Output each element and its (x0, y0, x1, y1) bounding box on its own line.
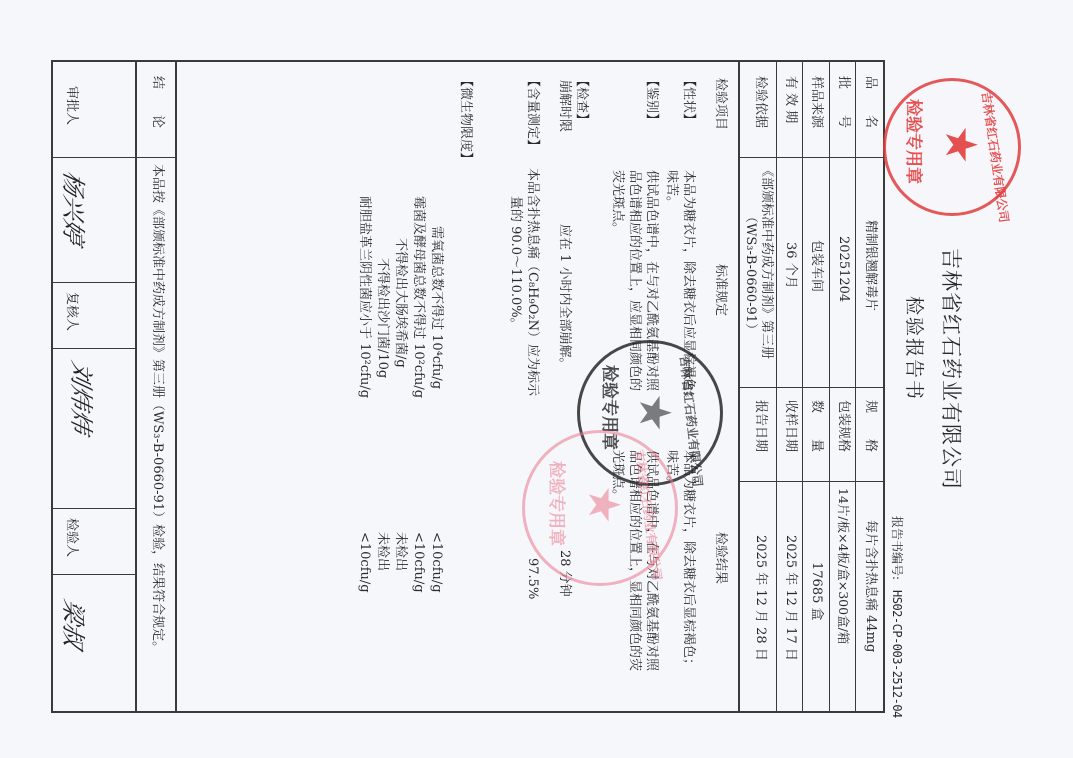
basis-line-2: （WS₃-B-0660-91） (742, 210, 758, 336)
source-label: 样品来源 (808, 76, 824, 128)
identification-result-3: 光斑点。 (609, 450, 625, 502)
approver-signature: 杨兴婷 (58, 168, 93, 247)
column-header-standard: 标准规定 (712, 264, 728, 316)
microbial-result: <10cfu/g (410, 532, 426, 593)
star-icon: ★ (938, 125, 982, 164)
microbial-result: <10cfu/g (428, 532, 444, 593)
inspection-report-page: 吉林省红石药业有限公司 检验报告书 报告书编号: HS02-CP-003-251… (0, 0, 1073, 758)
column-header-item: 检验项目 (712, 78, 728, 130)
basis-line-1: 《部颁标准中药成方制剂》第三册 (758, 164, 774, 359)
identification-standard-1: 供试品色谱中，在与对乙酰氨基酚对照 (643, 170, 659, 391)
spec: 每片含扑热息痛 44mg (862, 520, 878, 652)
source: 包装车间 (808, 240, 824, 292)
microbial-standard: 不得检出大肠埃希菌/g (392, 238, 408, 368)
identification-label: 【鉴别】 (643, 74, 659, 126)
identification-standard-3: 荧光斑点。 (609, 170, 625, 235)
company-red-stamp: 吉林省红石药业有限公司 ★ 检验专用章 (883, 78, 1021, 216)
identification-result-2: 品色谱相应的位置上，显相同颜色的荧 (626, 450, 642, 671)
package-label: 包装规格 (835, 400, 851, 452)
appearance-standard: 本品为糖衣片，除去糖衣后应显棕褐色； (680, 170, 696, 404)
assay-label: 【含量测定】 (524, 74, 540, 152)
inspector-signature: 梁叔 (58, 596, 93, 651)
microbial-result: 未检出 (374, 532, 390, 571)
spec-label: 规 格 (862, 400, 878, 452)
batch-label: 批 号 (835, 76, 851, 128)
assay-standard-2: 量的 90.0～110.0%。 (507, 196, 523, 331)
reviewer-signature: 刘炜炜 (66, 358, 101, 437)
report-date: 2025 年 12 月 28 日 (752, 535, 768, 661)
package: 14片/板×4板/盒×300盒/箱 (835, 488, 851, 644)
quantity-label: 数 量 (808, 400, 824, 452)
report-date-label: 报告日期 (752, 400, 768, 452)
microbial-standard: 霉菌及酵母菌总数不得过 10²cfu/g (410, 196, 426, 398)
conclusion-text: 本品按《部颁标准中药成方制剂》第三册（WS₃-B-0660-91）检验，结果符合… (149, 164, 165, 654)
appearance-standard-2: 味苦。 (663, 170, 679, 209)
conclusion-label: 结 论 (149, 76, 165, 128)
microbial-standard: 需氧菌总数不得过 10⁴cfu/g (428, 226, 444, 389)
microbial-result: 未检出 (392, 532, 408, 571)
company-name: 吉林省红石药业有限公司 (939, 248, 963, 490)
batch: 20251204 (835, 236, 851, 302)
disintegration-standard: 应在 1 小时内全部崩解。 (556, 224, 572, 371)
report-number: HS02-CP-003-2512-04 (889, 590, 905, 718)
approver-label: 审批人 (63, 86, 79, 125)
microbial-standard: 不得检出沙门菌/10g (374, 258, 390, 378)
inspector-label: 检验人 (63, 518, 79, 557)
identification-standard-2: 品色谱相应的位置上，应显相同颜色的 (626, 170, 642, 391)
report-number-label: 报告书编号: (889, 516, 905, 580)
identification-result-1: 供试品色谱中，在与对乙酰氨基酚对照 (643, 450, 659, 671)
quantity: 17685 盒 (808, 562, 824, 621)
assay-result: 97.5% (524, 558, 540, 599)
received-date: 2025 年 12 月 17 日 (782, 535, 798, 661)
product-name-label: 品 名 (862, 76, 878, 128)
microbial-standard: 耐胆盐革兰阴性菌应小于 10²cfu/g (356, 196, 372, 398)
appearance-result: 本品为糖衣片，除去糖衣后显棕褐色； (680, 450, 696, 671)
appearance-label: 【性状】 (680, 74, 696, 126)
document-title: 检验报告书 (903, 296, 925, 401)
star-icon: ★ (632, 393, 676, 432)
reviewer-label: 复核人 (63, 292, 79, 331)
received-date-label: 收样日期 (782, 400, 798, 452)
validity-label: 有 效 期 (782, 76, 798, 123)
column-header-result: 检验结果 (712, 532, 728, 584)
validity: 36 个月 (782, 242, 798, 289)
disintegration-result: 28 分钟 (556, 550, 572, 597)
appearance-result-2: 味苦。 (663, 450, 679, 489)
basis-label: 检验依据 (752, 76, 768, 128)
product-name: 精制银翘解毒片 (862, 220, 878, 311)
check-label: 【检查】 (573, 74, 589, 126)
microbial-result: <10cfu/g (356, 532, 372, 593)
microbial-label: 【微生物限度】 (457, 74, 473, 165)
disintegration-label: 崩解时限 (556, 80, 572, 132)
assay-standard-1: 本品含扑热息痛（C₈H₉O₂N）应为标示 (524, 168, 540, 396)
